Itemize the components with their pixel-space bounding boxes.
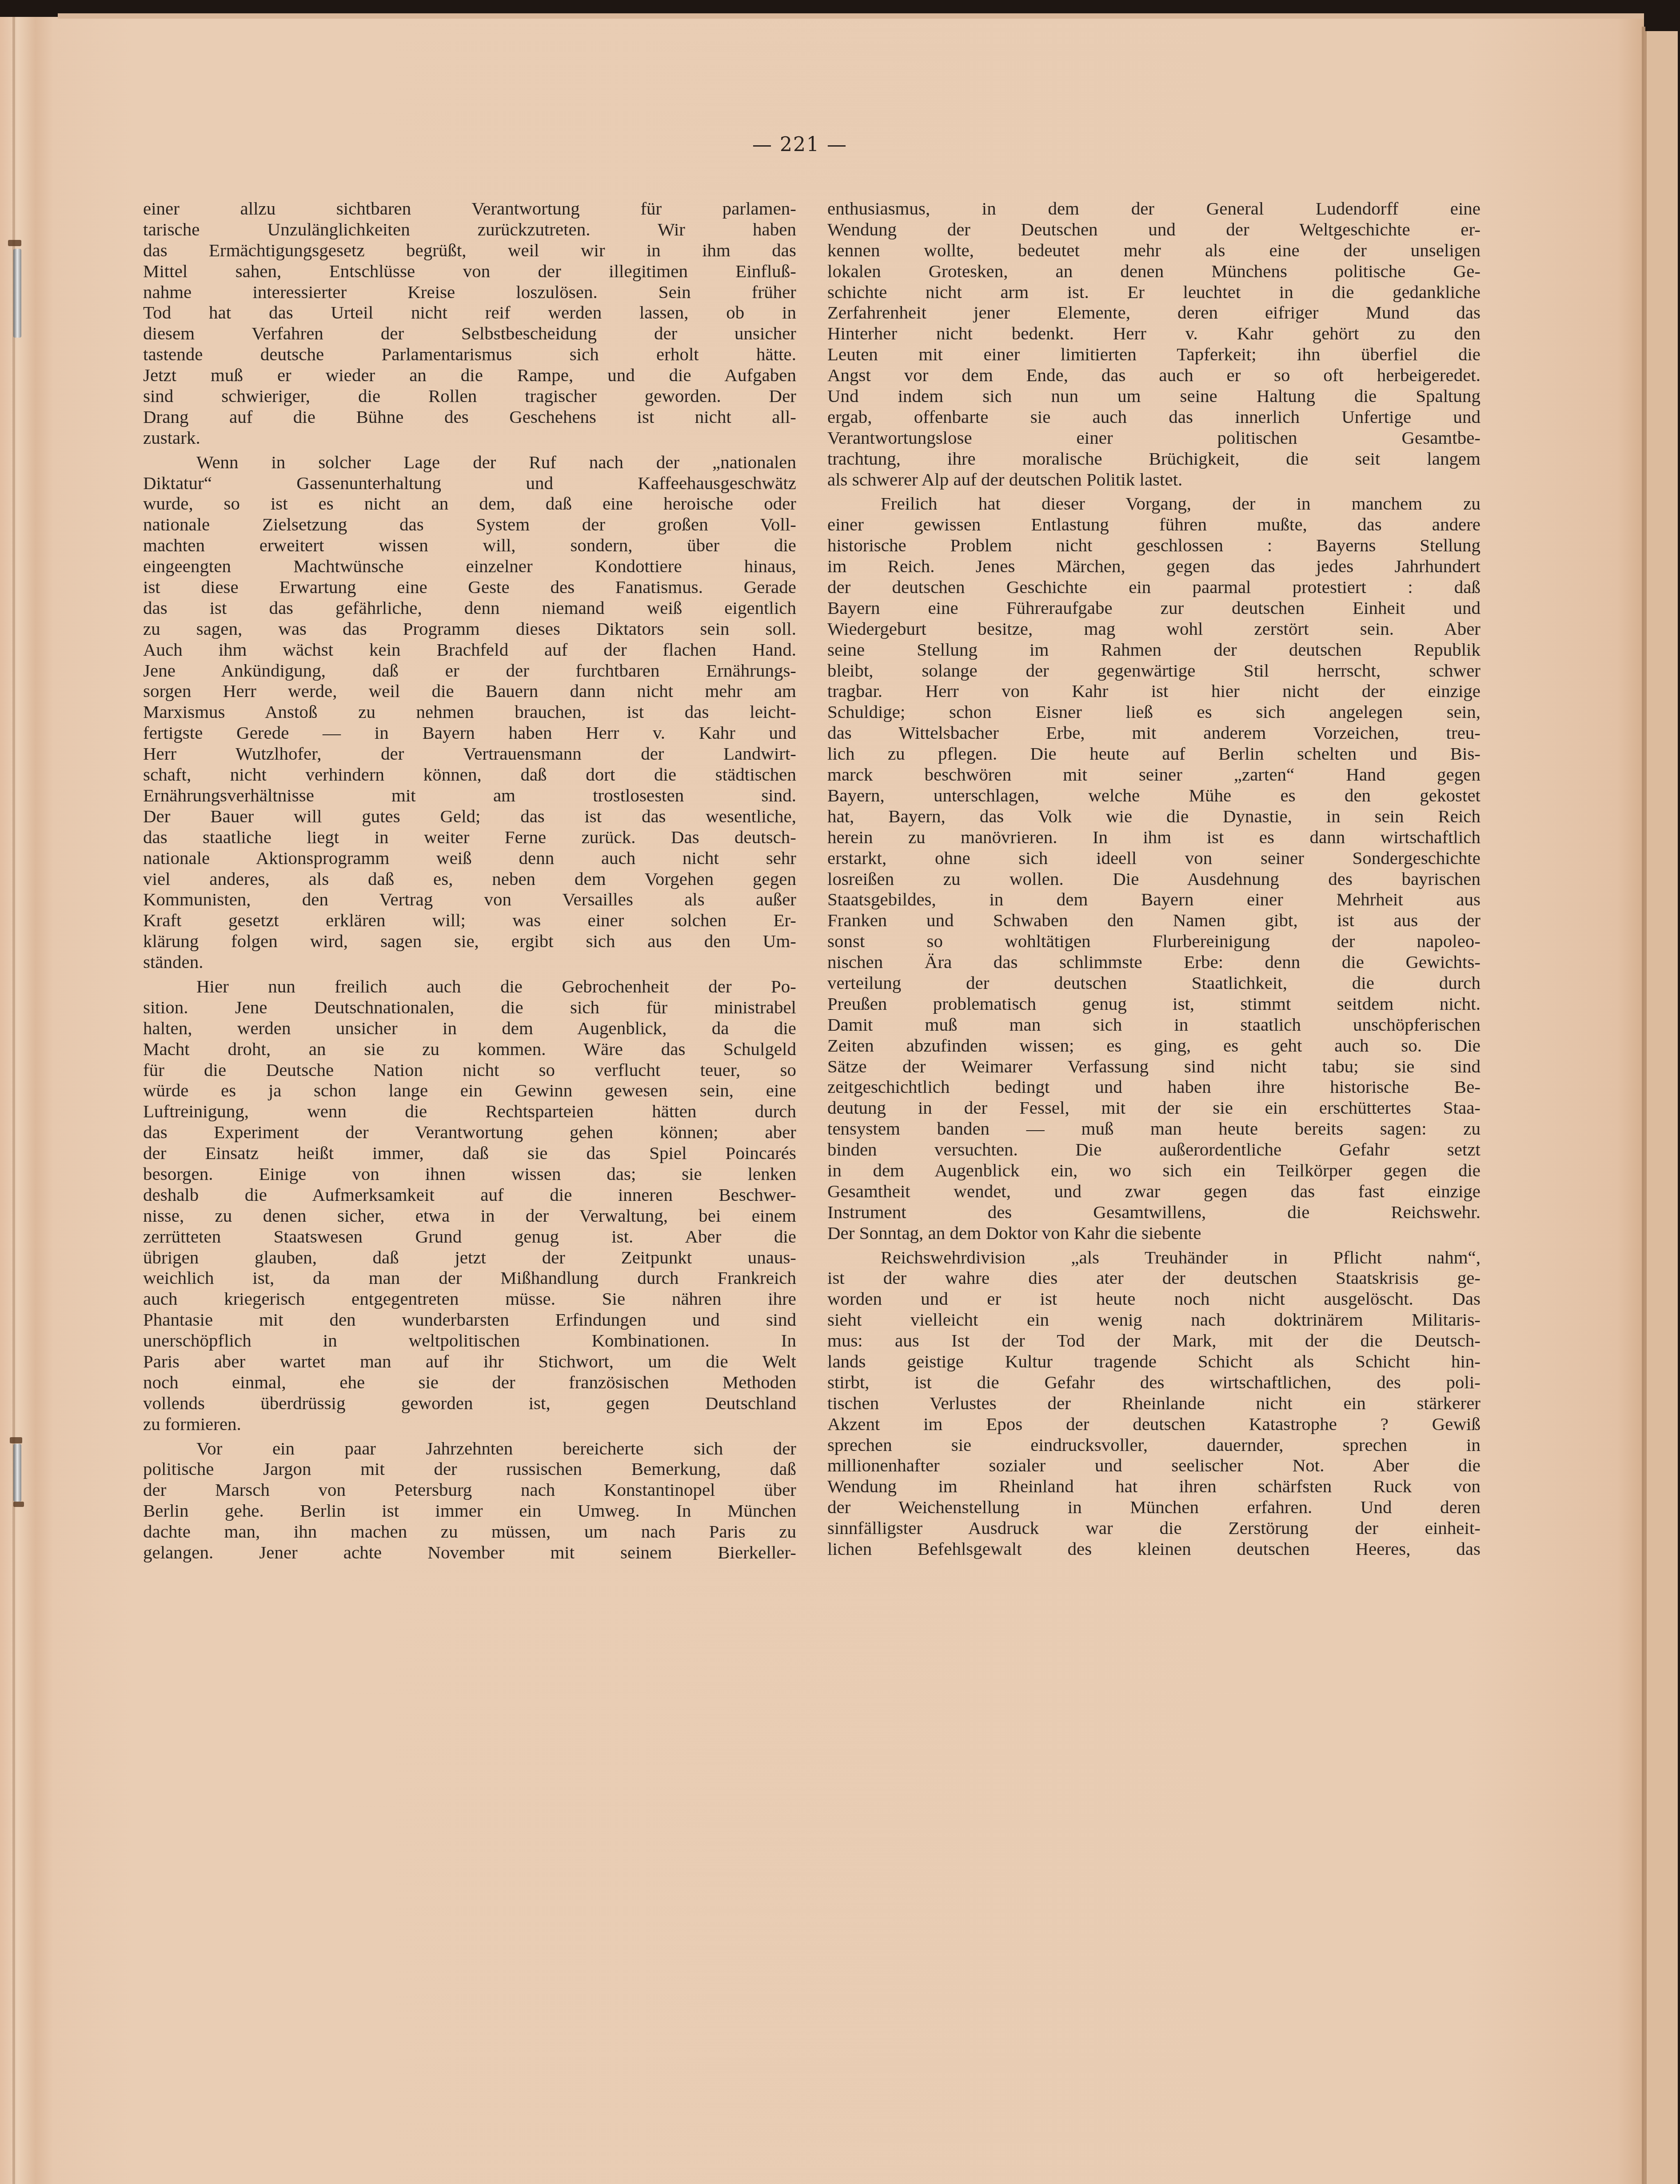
text-line: sonst so wohltätigen Flurbereinigung der… bbox=[827, 931, 1480, 952]
text-line: Freilich hat dieser Vorgang, der in manc… bbox=[827, 493, 1480, 514]
text-line: eingeengten Machtwünsche einzelner Kondo… bbox=[143, 556, 796, 577]
text-line: Der Sonntag, an dem Doktor von Kahr die … bbox=[827, 1223, 1480, 1243]
text-line: nisse, zu denen sicher, etwa in der Verw… bbox=[143, 1205, 796, 1226]
text-line: Vor ein paar Jahrzehnten bereicherte sic… bbox=[143, 1438, 796, 1459]
text-line: Leuten mit einer limitierten Tapferkeit;… bbox=[827, 344, 1480, 365]
text-line: übrigen glauben, daß jetzt der Zeitpunkt… bbox=[143, 1247, 796, 1268]
binding-gutter bbox=[12, 17, 15, 2184]
text-line: Ernährungsverhältnisse mit am trostloses… bbox=[143, 785, 796, 806]
text-line: politische Jargon mit der russischen Bem… bbox=[143, 1459, 796, 1479]
text-line: ständen. bbox=[143, 952, 796, 972]
text-line: das staatliche liegt in weiter Ferne zur… bbox=[143, 827, 796, 848]
text-line: würde es ja schon lange ein Gewinn gewes… bbox=[143, 1080, 796, 1101]
text-line: worden und er ist heute noch nicht ausge… bbox=[827, 1288, 1480, 1309]
text-line: sieht vielleicht ein wenig nach doktrinä… bbox=[827, 1309, 1480, 1330]
text-line: sprechen sie eindrucksvoller, dauernder,… bbox=[827, 1435, 1480, 1455]
text-line: das Experiment der Verantwortung gehen k… bbox=[143, 1122, 796, 1143]
text-line: stirbt, ist die Gefahr des wirtschaftlic… bbox=[827, 1372, 1480, 1393]
text-line: der Weichenstellung in München erfahren.… bbox=[827, 1497, 1480, 1518]
text-line: tischen Verlustes der Rheinlande nicht e… bbox=[827, 1393, 1480, 1414]
text-line: Wendung der Deutschen und der Weltgeschi… bbox=[827, 219, 1480, 240]
text-line: nationale Aktionsprogramm weiß denn auch… bbox=[143, 848, 796, 869]
text-line: das Wittelsbacher Erbe, mit anderem Vorz… bbox=[827, 722, 1480, 743]
text-line: einer allzu sichtbaren Verantwortung für… bbox=[143, 198, 796, 219]
text-line: Drang auf die Bühne des Geschehens ist n… bbox=[143, 407, 796, 427]
text-line: Phantasie mit den wunderbarsten Erfindun… bbox=[143, 1309, 796, 1330]
text-line: mus: aus Ist der Tod der Mark, mit der d… bbox=[827, 1330, 1480, 1351]
underlying-page-edge bbox=[1644, 31, 1678, 2184]
text-line: als schwerer Alp auf der deutschen Polit… bbox=[827, 469, 1480, 490]
text-line: Kraft gesetzt erklären will; was einer s… bbox=[143, 910, 796, 931]
text-line: Und indem sich nun um seine Haltung die … bbox=[827, 386, 1480, 407]
text-line: nahme interessierter Kreise loszulösen. … bbox=[143, 282, 796, 303]
text-line: das Ermächtigungsgesetz begrüßt, weil wi… bbox=[143, 240, 796, 261]
text-line: Marxismus Anstoß zu nehmen brauchen, ist… bbox=[143, 701, 796, 722]
text-line: noch einmal, ehe sie der französischen M… bbox=[143, 1372, 796, 1393]
text-line: deshalb die Aufmerksamkeit auf die inner… bbox=[143, 1184, 796, 1205]
text-line: vollends überdrüssig geworden ist, gegen… bbox=[143, 1393, 796, 1414]
text-line: Wenn in solcher Lage der Ruf nach der „n… bbox=[143, 452, 796, 473]
text-line: tensystem banden — muß man heute bereits… bbox=[827, 1118, 1480, 1139]
text-line: enthusiasmus, in dem der General Ludendo… bbox=[827, 198, 1480, 219]
text-line: Instrument des Gesamtwillens, die Reichs… bbox=[827, 1202, 1480, 1223]
text-line: Verantwortungslose einer politischen Ges… bbox=[827, 427, 1480, 448]
text-line: deutung in der Fessel, mit der sie ein e… bbox=[827, 1097, 1480, 1118]
text-line: unerschöpflich in weltpolitischen Kombin… bbox=[143, 1330, 796, 1351]
text-line: lich zu pflegen. Die heute auf Berlin sc… bbox=[827, 743, 1480, 764]
text-line: wurde, so ist es nicht an dem, daß eine … bbox=[143, 493, 796, 514]
text-line: Jetzt muß er wieder an die Rampe, und di… bbox=[143, 365, 796, 386]
text-line: Paris aber wartet man auf ihr Stichwort,… bbox=[143, 1351, 796, 1372]
text-line: Bayern eine Führeraufgabe zur deutschen … bbox=[827, 598, 1480, 618]
text-line: sition. Jene Deutschnationalen, die sich… bbox=[143, 997, 796, 1018]
staple-icon bbox=[13, 1444, 21, 1502]
text-line: Wendung im Rheinland hat ihren schärfste… bbox=[827, 1476, 1480, 1497]
text-line: zeitgeschichtlich bedingt und haben ihre… bbox=[827, 1076, 1480, 1097]
text-line: marck beschwören mit seiner „zarten“ Han… bbox=[827, 764, 1480, 785]
right-text-column: enthusiasmus, in dem der General Ludendo… bbox=[827, 198, 1480, 1559]
text-line: lichen Befehlsgewalt des kleinen deutsch… bbox=[827, 1538, 1480, 1559]
staple-icon bbox=[13, 249, 21, 338]
text-line: besorgen. Einige von ihnen wissen das; s… bbox=[143, 1164, 796, 1184]
text-line: Zerfahrenheit jener Elemente, deren eifr… bbox=[827, 302, 1480, 323]
text-line: Schuldige; schon Eisner ließ es sich ang… bbox=[827, 701, 1480, 722]
text-line: Zeiten abzufinden wissen; es ging, es ge… bbox=[827, 1035, 1480, 1056]
text-line: sind schwieriger, die Rollen tragischer … bbox=[143, 386, 796, 407]
text-line: tastende deutsche Parlamentarismus sich … bbox=[143, 344, 796, 365]
text-line: zu sagen, was das Programm dieses Diktat… bbox=[143, 618, 796, 639]
text-line: ist der wahre dies ater der deutschen St… bbox=[827, 1267, 1480, 1288]
text-line: Diktatur“ Gassenunterhaltung und Kaffeeh… bbox=[143, 473, 796, 494]
rust-stain bbox=[13, 1502, 24, 1507]
text-line: weichlich ist, da man der Mißhandlung du… bbox=[143, 1267, 796, 1288]
text-line: Akzent im Epos der deutschen Katastrophe… bbox=[827, 1414, 1480, 1435]
text-line: halten, werden unsicher in dem Augenblic… bbox=[143, 1018, 796, 1039]
text-line: diesem Verfahren der Selbstbescheidung d… bbox=[143, 323, 796, 344]
text-line: trachtung, ihre moralische Brüchigkeit, … bbox=[827, 448, 1480, 469]
text-line: kennen wollte, bedeutet mehr als eine de… bbox=[827, 240, 1480, 261]
text-line: im Reich. Jenes Märchen, gegen das jedes… bbox=[827, 556, 1480, 577]
text-line: ergab, offenbarte sie auch das innerlich… bbox=[827, 407, 1480, 427]
text-line: viel anderes, als daß es, neben dem Vorg… bbox=[143, 869, 796, 889]
text-line: Hier nun freilich auch die Gebrochenheit… bbox=[143, 976, 796, 997]
text-line: fertigste Gerede — in Bayern haben Herr … bbox=[143, 722, 796, 743]
text-line: tragbar. Herr von Kahr ist hier nicht de… bbox=[827, 681, 1480, 701]
text-line: nationale Zielsetzung das System der gro… bbox=[143, 514, 796, 535]
text-line: Auch ihm wächst kein Brachfeld auf der f… bbox=[143, 639, 796, 660]
text-line: ist diese Erwartung eine Geste des Fanat… bbox=[143, 577, 796, 598]
text-line: lokalen Grotesken, an denen Münchens pol… bbox=[827, 261, 1480, 282]
text-line: schaft, nicht verhindern können, daß dor… bbox=[143, 764, 796, 785]
text-line: der Einsatz heißt immer, daß sie das Spi… bbox=[143, 1143, 796, 1164]
text-line: gelangen. Jener achte November mit seine… bbox=[143, 1542, 796, 1563]
text-line: Sätze der Weimarer Verfassung sind nicht… bbox=[827, 1056, 1480, 1077]
text-line: für die Deutsche Nation nicht so verfluc… bbox=[143, 1060, 796, 1080]
text-line: Gesamtheit wendet, und zwar gegen das fa… bbox=[827, 1181, 1480, 1202]
text-line: millionenhafter sozialer und seelischer … bbox=[827, 1455, 1480, 1476]
text-line: zustark. bbox=[143, 427, 796, 448]
text-line: Jene Ankündigung, daß er der furchtbaren… bbox=[143, 660, 796, 681]
text-line: Berlin gehe. Berlin ist immer ein Umweg.… bbox=[143, 1500, 796, 1521]
text-line: dachte man, ihn machen zu müssen, um nac… bbox=[143, 1521, 796, 1542]
text-line: bleibt, solange der gegenwärtige Stil he… bbox=[827, 660, 1480, 681]
text-line: Mittel sahen, Entschlüsse von der illegi… bbox=[143, 261, 796, 282]
text-line: Staatsgebildes, in dem Bayern einer Mehr… bbox=[827, 889, 1480, 910]
text-line: historische Problem nicht geschlossen : … bbox=[827, 535, 1480, 556]
text-line: das ist das gefährliche, denn niemand we… bbox=[143, 598, 796, 618]
text-line: Kommunisten, den Vertrag von Versailles … bbox=[143, 889, 796, 910]
text-line: erstarkt, ohne sich ideell von seiner So… bbox=[827, 848, 1480, 869]
text-line: machten erweitert wissen will, sondern, … bbox=[143, 535, 796, 556]
text-line: Hinterher nicht bedenkt. Herr v. Kahr ge… bbox=[827, 323, 1480, 344]
text-line: Der Bauer will gutes Geld; das ist das w… bbox=[143, 806, 796, 827]
text-line: Herr Wutzlhofer, der Vertrauensmann der … bbox=[143, 743, 796, 764]
left-text-column: einer allzu sichtbaren Verantwortung für… bbox=[143, 198, 796, 1563]
text-line: hat, Bayern, das Volk wie die Dynastie, … bbox=[827, 806, 1480, 827]
text-line: sorgen Herr werde, weil die Bauern dann … bbox=[143, 681, 796, 701]
text-line: sinnfälligster Ausdruck war die Zerstöru… bbox=[827, 1518, 1480, 1538]
text-line: losreißen zu wollen. Die Ausdehnung des … bbox=[827, 869, 1480, 889]
text-line: Luftreinigung, wenn die Rechtsparteien h… bbox=[143, 1101, 796, 1122]
text-line: auch kriegerisch entgegentreten müsse. S… bbox=[143, 1288, 796, 1309]
text-line: schichte nicht arm ist. Er leuchtet in d… bbox=[827, 282, 1480, 303]
text-line: einer gewissen Entlastung führen mußte, … bbox=[827, 514, 1480, 535]
text-line: verteilung der deutschen Staatlichkeit, … bbox=[827, 972, 1480, 993]
rust-stain bbox=[10, 1437, 22, 1443]
text-line: Macht droht, an sie zu kommen. Wäre das … bbox=[143, 1039, 796, 1060]
text-line: binden versuchten. Die außerordentliche … bbox=[827, 1139, 1480, 1160]
page-number: — 221 — bbox=[693, 133, 906, 156]
text-line: Franken und Schwaben den Namen gibt, ist… bbox=[827, 910, 1480, 931]
text-line: Tod hat das Urteil nicht reif werden las… bbox=[143, 302, 796, 323]
rust-stain bbox=[8, 240, 21, 246]
text-line: Reichswehrdivision „als Treuhänder in Pf… bbox=[827, 1247, 1480, 1268]
text-line: der Marsch von Petersburg nach Konstanti… bbox=[143, 1479, 796, 1500]
text-line: in dem Augenblick ein, wo sich ein Teilk… bbox=[827, 1160, 1480, 1181]
text-line: tarische Unzulänglichkeiten zurückzutret… bbox=[143, 219, 796, 240]
text-line: lands geistige Kultur tragende Schicht a… bbox=[827, 1351, 1480, 1372]
page-top-edge bbox=[58, 13, 1644, 19]
text-line: zerrütteten Staatswesen Grund genug ist.… bbox=[143, 1226, 796, 1247]
text-line: Bayern, unterschlagen, welche Mühe es de… bbox=[827, 785, 1480, 806]
text-line: zu formieren. bbox=[143, 1414, 796, 1435]
text-line: Wiedergeburt besitze, mag wohl zerstört … bbox=[827, 618, 1480, 639]
text-line: nischen Ära das schlimmste Erbe: denn di… bbox=[827, 952, 1480, 972]
text-line: herein zu manövrieren. In ihm ist es dan… bbox=[827, 827, 1480, 848]
text-line: der deutschen Geschichte ein paarmal pro… bbox=[827, 577, 1480, 598]
text-line: Damit muß man sich in staatlich unschöpf… bbox=[827, 1014, 1480, 1035]
text-line: Angst vor dem Ende, das auch er so oft h… bbox=[827, 365, 1480, 386]
text-line: klärung folgen wird, sagen sie, ergibt s… bbox=[143, 931, 796, 952]
text-line: seine Stellung im Rahmen der deutschen R… bbox=[827, 639, 1480, 660]
text-line: Preußen problematisch genug ist, stimmt … bbox=[827, 993, 1480, 1014]
